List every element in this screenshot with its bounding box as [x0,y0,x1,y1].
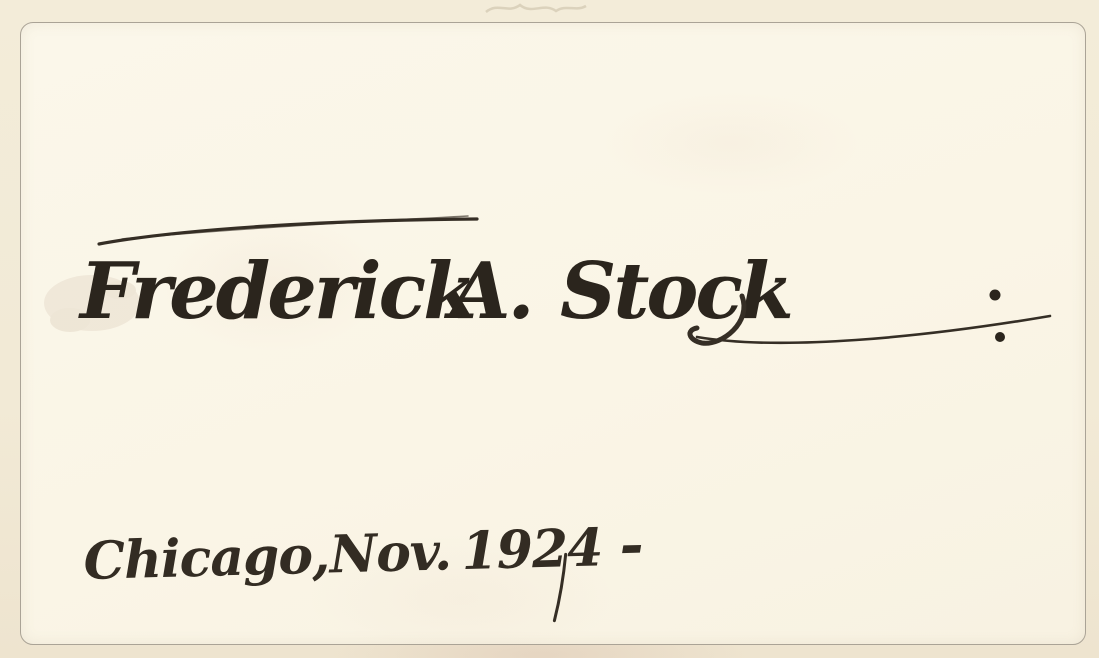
dateline-word-city: Chicago, [83,525,330,592]
signature-overline-flourish [99,216,477,244]
signature-word-first-name: Frederick [78,246,474,337]
dateline-text: Chicago, Nov. 1924 - [83,510,645,633]
handwriting-layer: Frederick A. Stock Chicago, Nov. 1924 - [0,0,1099,658]
scanned-autograph-card-photo: Frederick A. Stock Chicago, Nov. 1924 - [0,0,1099,658]
signature-text: Frederick A. Stock [78,246,791,337]
dateline-word-year: 1924 [461,517,603,582]
signature-word-middle-initial: A. [443,246,532,337]
flourish-colon-dots [990,290,1006,343]
dateline-dash: - [619,510,644,579]
dateline-word-month: Nov. [327,521,452,585]
pencil-ghost-mark [486,5,586,12]
signature-word-last-name: Stock [560,246,791,337]
